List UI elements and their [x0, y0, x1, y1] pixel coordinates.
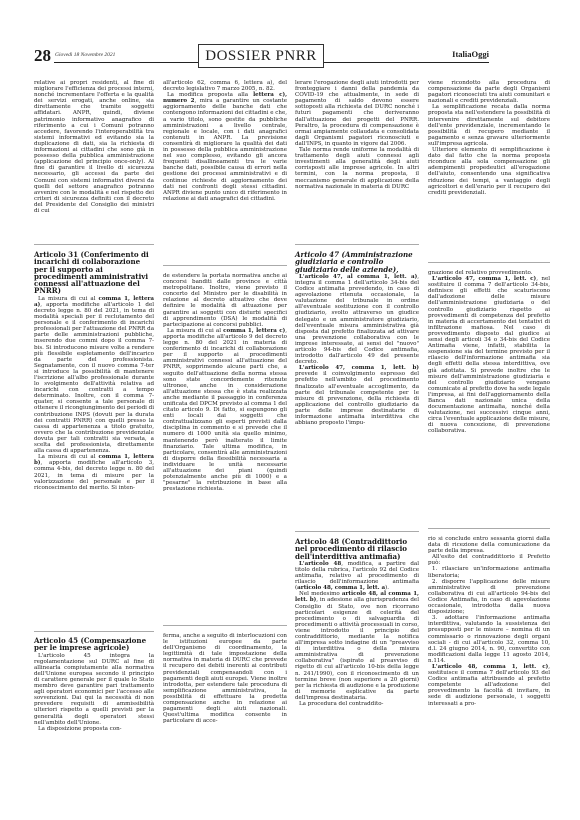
section-divider [163, 265, 287, 266]
paragraph: Ulteriore elemento di semplificazione è … [428, 147, 550, 196]
column-4-bottom: rio si conclude entro sessanta giorni da… [428, 536, 550, 707]
brand-logo: ItaliaOggi [449, 49, 489, 59]
paragraph: rio si conclude entro sessanta giorni da… [428, 536, 550, 554]
issue-date: Giovedì 18 Novembre 2021 [55, 52, 115, 58]
paragraph: La modifica proposta alla lettera c), nu… [163, 92, 287, 202]
column-4-middle: gnazione del relativo provvedimento. L'a… [428, 270, 550, 435]
column-2-middle: de estendere la portata normativa anche … [163, 273, 287, 492]
article-47-heading: Articolo 47 (Amministrazione giudiziaria… [295, 251, 419, 273]
section-divider [428, 528, 550, 529]
paragraph: L'articolo 45 integra la regolamentazion… [34, 653, 154, 726]
article-48-heading: Articolo 48 (Contraddittorio nel procedi… [295, 538, 419, 560]
column-3-top: lerare l'erogazione degli aiuti introdot… [295, 80, 419, 190]
section-divider [295, 531, 419, 532]
paragraph: La misura di cui al comma 1, lettera a),… [34, 296, 154, 454]
paragraph: L'articolo 47, comma 1, lett. b) prevede… [295, 365, 419, 426]
page-number: 28 [34, 46, 54, 66]
article-45-heading: Articolo 45 (Compensazione per le impres… [34, 637, 154, 652]
paragraph: ferma, anche a seguito di interlocuzioni… [163, 633, 287, 724]
section-title: DOSSIER PNRR [198, 44, 324, 68]
paragraph: relative ai propri residenti, al fine di… [34, 80, 154, 214]
section-divider [428, 262, 550, 263]
paragraph: L'articolo 48, comma 1, lett. c), sostit… [428, 664, 550, 707]
section-divider [295, 244, 419, 245]
column-3-article-48: Articolo 48 (Contraddittorio nel procedi… [295, 538, 419, 707]
column-3-article-47: Articolo 47 (Amministrazione giudiziaria… [295, 251, 419, 426]
section-divider [34, 631, 154, 632]
paragraph: 2. disporre l'applicazione delle misure … [428, 579, 550, 616]
paragraph: de estendere la portata normativa anche … [163, 273, 287, 328]
paragraph: viene ricondotto alla procedura di compe… [428, 80, 550, 104]
article-31-heading: Articolo 31 (Conferimento di incarichi d… [34, 251, 154, 295]
column-1-article-31: Articolo 31 (Conferimento di incarichi d… [34, 251, 154, 491]
paragraph: L'articolo 48, modifica, a partire dal t… [295, 561, 419, 591]
paragraph: La procedura del contraddito- [295, 701, 419, 707]
paragraph: La disposizione proposta con- [34, 726, 154, 732]
paragraph: L'articolo 47, comma 1, lett. c), nel so… [428, 276, 550, 434]
paragraph: La misura di cui al comma 1, lettera b),… [34, 454, 154, 491]
page-header: 28 Giovedì 18 Novembre 2021 DOSSIER PNRR… [34, 44, 489, 68]
paragraph: La semplificazione recata dalla norma pr… [428, 104, 550, 147]
section-divider [163, 625, 287, 626]
column-1-article-45: Articolo 45 (Compensazione per le impres… [34, 637, 154, 732]
paragraph: 1. rilasciare un'informazione antimafia … [428, 566, 550, 578]
paragraph: Tale norma rende uniforme la modalità di… [295, 147, 419, 190]
column-4-top: viene ricondotto alla procedura di compe… [428, 80, 550, 196]
paragraph: L'articolo 47, al comma 1, lett. a), int… [295, 274, 419, 365]
column-1-top: relative ai propri residenti, al fine di… [34, 80, 154, 214]
paragraph: lerare l'erogazione degli aiuti introdot… [295, 80, 419, 147]
paragraph: all'articolo 62, comma 6, lettera a), de… [163, 80, 287, 92]
column-2-top: all'articolo 62, comma 6, lettera a), de… [163, 80, 287, 202]
section-divider [34, 244, 154, 245]
paragraph: All'esito del contraddittorio il Prefett… [428, 554, 550, 566]
paragraph: La misura di cui al comma 1, lettera c),… [163, 328, 287, 493]
paragraph: Nel medesimo articolo 48, al comma 1, le… [295, 591, 419, 701]
column-2-bottom: ferma, anche a seguito di interlocuzioni… [163, 633, 287, 724]
paragraph: 3. adottare l'informazione antimafia int… [428, 615, 550, 664]
